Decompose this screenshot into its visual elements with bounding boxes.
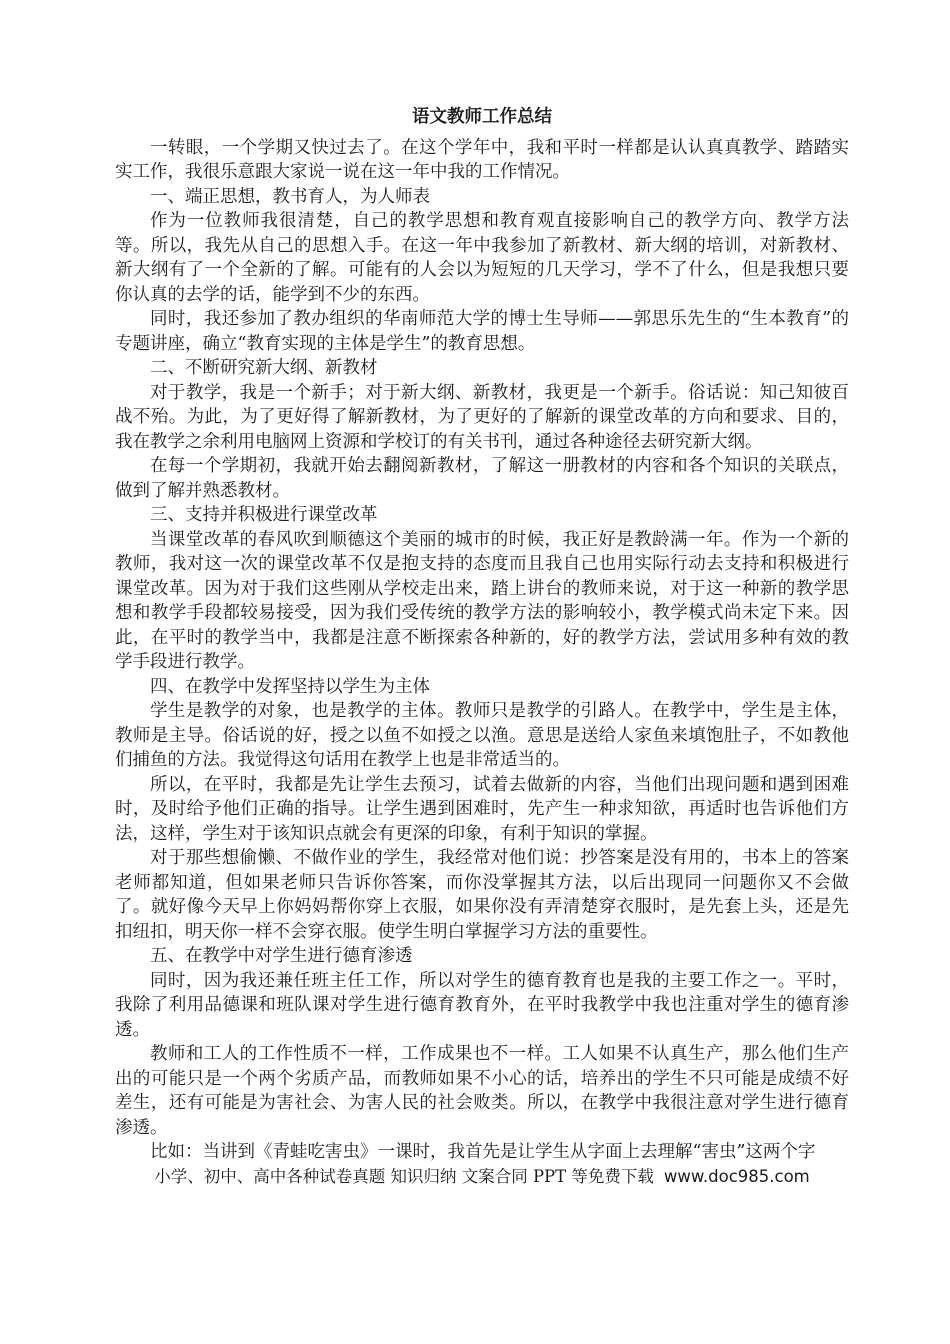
paragraph: 同时，我还参加了教办组织的华南师范大学的博士生导师——郭思乐先生的“生本教育”的… [115,307,849,356]
paragraph: 作为一位教师我很清楚，自己的教学思想和教育观直接影响自己的教学方向、教学方法等。… [115,209,849,307]
paragraph: 所以，在平时，我都是先让学生去预习，试着去做新的内容，当他们出现问题和遇到困难时… [115,773,849,847]
paragraph: 学生是教学的对象，也是教学的主体。教师只是教学的引路人。在教学中，学生是主体，教… [115,699,849,773]
section-heading: 四、在教学中发挥坚持以学生为主体 [115,675,849,700]
footer-note: 小学、初中、高中各种试卷真题 知识归纳 文案合同 PPT 等免费下载www.do… [115,1165,849,1190]
section-heading: 三、支持并积极进行课堂改革 [115,503,849,528]
section-heading: 一、端正思想，教书育人，为人师表 [115,185,849,210]
paragraph: 对于教学，我是一个新手；对于新大纲、新教材，我更是一个新手。俗话说：知己知彼百战… [115,381,849,455]
paragraph: 在每一个学期初，我就开始去翻阅新教材，了解这一册教材的内容和各个知识的关联点，做… [115,454,849,503]
document-page: 语文教师工作总结 一转眼，一个学期又快过去了。在这个学年中，我和平时一样都是认认… [0,0,950,1344]
paragraph: 同时，因为我还兼任班主任工作，所以对学生的德育教育也是我的主要工作之一。平时，我… [115,969,849,1043]
section-heading: 二、不断研究新大纲、新教材 [115,356,849,381]
document-title: 语文教师工作总结 [115,105,849,130]
footer-site-url: www.doc985.com [664,1167,810,1186]
paragraph: 一转眼，一个学期又快过去了。在这个学年中，我和平时一样都是认认真真教学、踏踏实实… [115,136,849,185]
paragraph: 对于那些想偷懒、不做作业的学生，我经常对他们说：抄答案是没有用的，书本上的答案老… [115,846,849,944]
paragraph: 比如：当讲到《青蛙吃害虫》一课时，我首先是让学生从字面上去理解“害虫”这两个字 [115,1140,849,1165]
section-heading: 五、在教学中对学生进行德育渗透 [115,944,849,969]
paragraph: 当课堂改革的春风吹到顺德这个美丽的城市的时候，我正好是教龄满一年。作为一个新的教… [115,528,849,675]
paragraph: 教师和工人的工作性质不一样，工作成果也不一样。工人如果不认真生产，那么他们生产出… [115,1042,849,1140]
footer-download-text: 小学、初中、高中各种试卷真题 知识归纳 文案合同 PPT 等免费下载 [154,1167,654,1186]
